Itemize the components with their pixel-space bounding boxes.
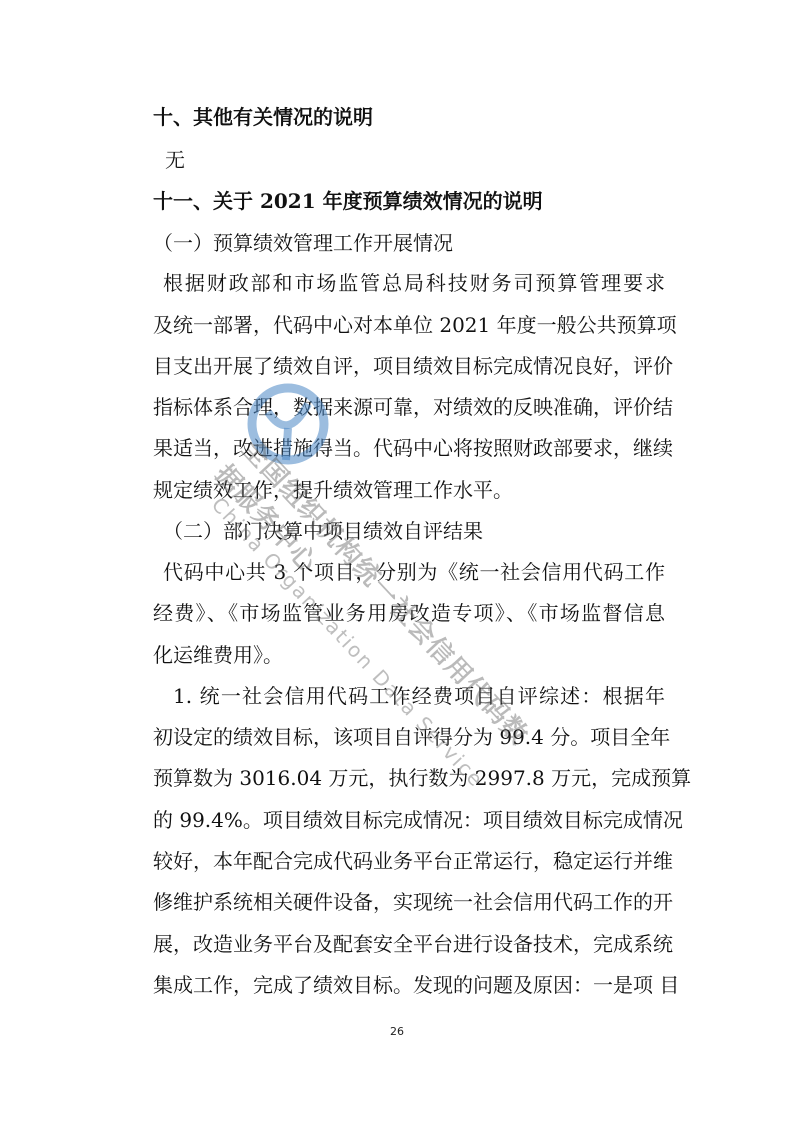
paragraph-line: 果适当，改进措施得当。代码中心将按照财政部要求，继续	[153, 433, 665, 463]
document-page: 十、其他有关情况的说明 无 十一、关于 2021 年度预算绩效情况的说明 （一）…	[0, 0, 794, 1123]
paragraph-line: 根据财政部和市场监管总局科技财务司预算管理要求	[163, 268, 665, 298]
paragraph-line: 集成工作，完成了绩效目标。发现的问题及原因：一是项 目	[153, 970, 665, 1000]
paragraph-line: 规定绩效工作，提升绩效管理工作水平。	[153, 475, 665, 505]
paragraph-line: 及统一部署，代码中心对本单位 2021 年度一般公共预算项	[153, 310, 665, 340]
paragraph-line: 较好，本年配合完成代码业务平台正常运行，稳定运行并维	[153, 846, 665, 876]
paragraph-line: 代码中心共 3 个项目，分别为《统一社会信用代码工作	[163, 557, 665, 587]
paragraph-line: 1. 统一社会信用代码工作经费项目自评综述：根据年	[173, 681, 665, 711]
paragraph-line: 的 99.4%。项目绩效目标完成情况：项目绩效目标完成情况	[153, 805, 665, 835]
paragraph-line: 化运维费用》。	[153, 640, 665, 670]
subsection-heading-2: （二）部门决算中项目绩效自评结果	[163, 516, 675, 546]
page-number: 26	[0, 1025, 794, 1038]
paragraph-line: 初设定的绩效目标，该项目自评得分为 99.4 分。项目全年	[153, 722, 665, 752]
paragraph-line: 修维护系统相关硬件设备，实现统一社会信用代码工作的开	[153, 887, 665, 917]
paragraph-line: 指标体系合理，数据来源可靠，对绩效的反映准确，评价结	[153, 392, 665, 422]
paragraph-line: 目支出开展了绩效自评，项目绩效目标完成情况良好，评价	[153, 351, 665, 381]
paragraph-line: 展，改造业务平台及配套安全平台进行设备技术，完成系统	[153, 929, 665, 959]
subsection-heading-1: （一）预算绩效管理工作开展情况	[153, 228, 665, 258]
section-heading-10: 十、其他有关情况的说明	[153, 102, 665, 132]
paragraph-line: 经费》、《市场监管业务用房改造专项》、《市场监督信息	[153, 598, 665, 628]
section-heading-11: 十一、关于 2021 年度预算绩效情况的说明	[153, 186, 665, 216]
paragraph-line: 预算数为 3016.04 万元，执行数为 2997.8 万元，完成预算	[153, 763, 665, 793]
section-10-body: 无	[165, 145, 677, 175]
